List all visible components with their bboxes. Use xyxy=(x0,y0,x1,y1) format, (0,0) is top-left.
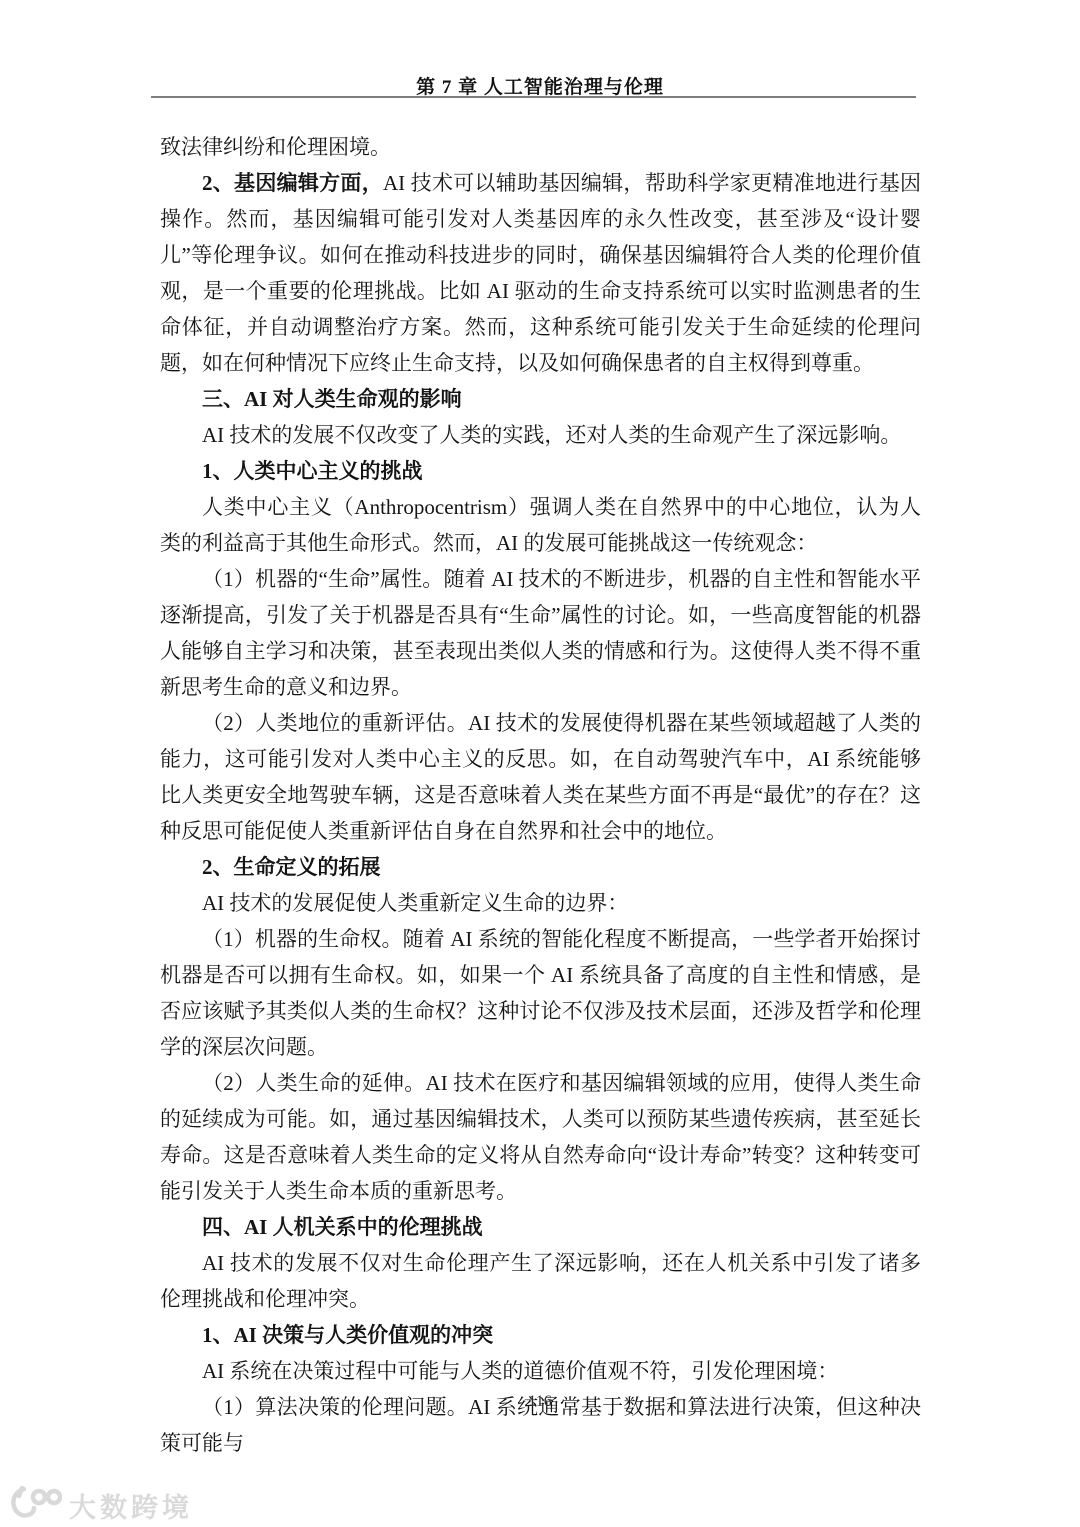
chapter-header-title: 第 7 章 人工智能治理与伦理 xyxy=(0,72,1080,99)
paragraph: （2）人类地位的重新评估。AI 技术的发展使得机器在某些领域超越了人类的能力，这… xyxy=(160,705,921,849)
section-heading: 1、人类中心主义的挑战 xyxy=(160,453,921,489)
paragraph: （1）机器的“生命”属性。随着 AI 技术的不断进步，机器的自主性和智能水平逐渐… xyxy=(160,561,921,705)
document-page: 第 7 章 人工智能治理与伦理 致法律纠纷和伦理困境。2、基因编辑方面，AI 技… xyxy=(0,0,1080,1527)
paragraph: AI 系统在决策过程中可能与人类的道德价值观不符，引发伦理困境： xyxy=(160,1353,921,1389)
dashu-logo-icon xyxy=(8,1484,62,1527)
document-body: 致法律纠纷和伦理困境。2、基因编辑方面，AI 技术可以辅助基因编辑，帮助科学家更… xyxy=(160,129,921,1461)
paragraph: （1）机器的生命权。随着 AI 系统的智能化程度不断提高，一些学者开始探讨机器是… xyxy=(160,921,921,1065)
paragraph-bold-lead: 2、基因编辑方面， xyxy=(202,171,383,195)
section-heading: 四、AI 人机关系中的伦理挑战 xyxy=(160,1209,921,1245)
paragraph: 2、基因编辑方面，AI 技术可以辅助基因编辑，帮助科学家更精准地进行基因操作。然… xyxy=(160,165,921,381)
page-number: 116 xyxy=(0,1393,1080,1411)
watermark: 大数跨境 xyxy=(8,1484,193,1527)
section-heading: 1、AI 决策与人类价值观的冲突 xyxy=(160,1317,921,1353)
section-heading: 2、生命定义的拓展 xyxy=(160,849,921,885)
watermark-text: 大数跨境 xyxy=(69,1486,193,1525)
section-heading: 三、AI 对人类生命观的影响 xyxy=(160,381,921,417)
paragraph: 人类中心主义（Anthropocentrism）强调人类在自然界中的中心地位，认… xyxy=(160,489,921,561)
header-rule xyxy=(151,96,916,98)
paragraph: 致法律纠纷和伦理困境。 xyxy=(160,129,921,165)
paragraph: AI 技术的发展不仅对生命伦理产生了深远影响，还在人机关系中引发了诸多伦理挑战和… xyxy=(160,1245,921,1317)
paragraph: （2）人类生命的延伸。AI 技术在医疗和基因编辑领域的应用，使得人类生命的延续成… xyxy=(160,1065,921,1209)
paragraph: AI 技术的发展促使人类重新定义生命的边界： xyxy=(160,885,921,921)
paragraph: AI 技术的发展不仅改变了人类的实践，还对人类的生命观产生了深远影响。 xyxy=(160,417,921,453)
